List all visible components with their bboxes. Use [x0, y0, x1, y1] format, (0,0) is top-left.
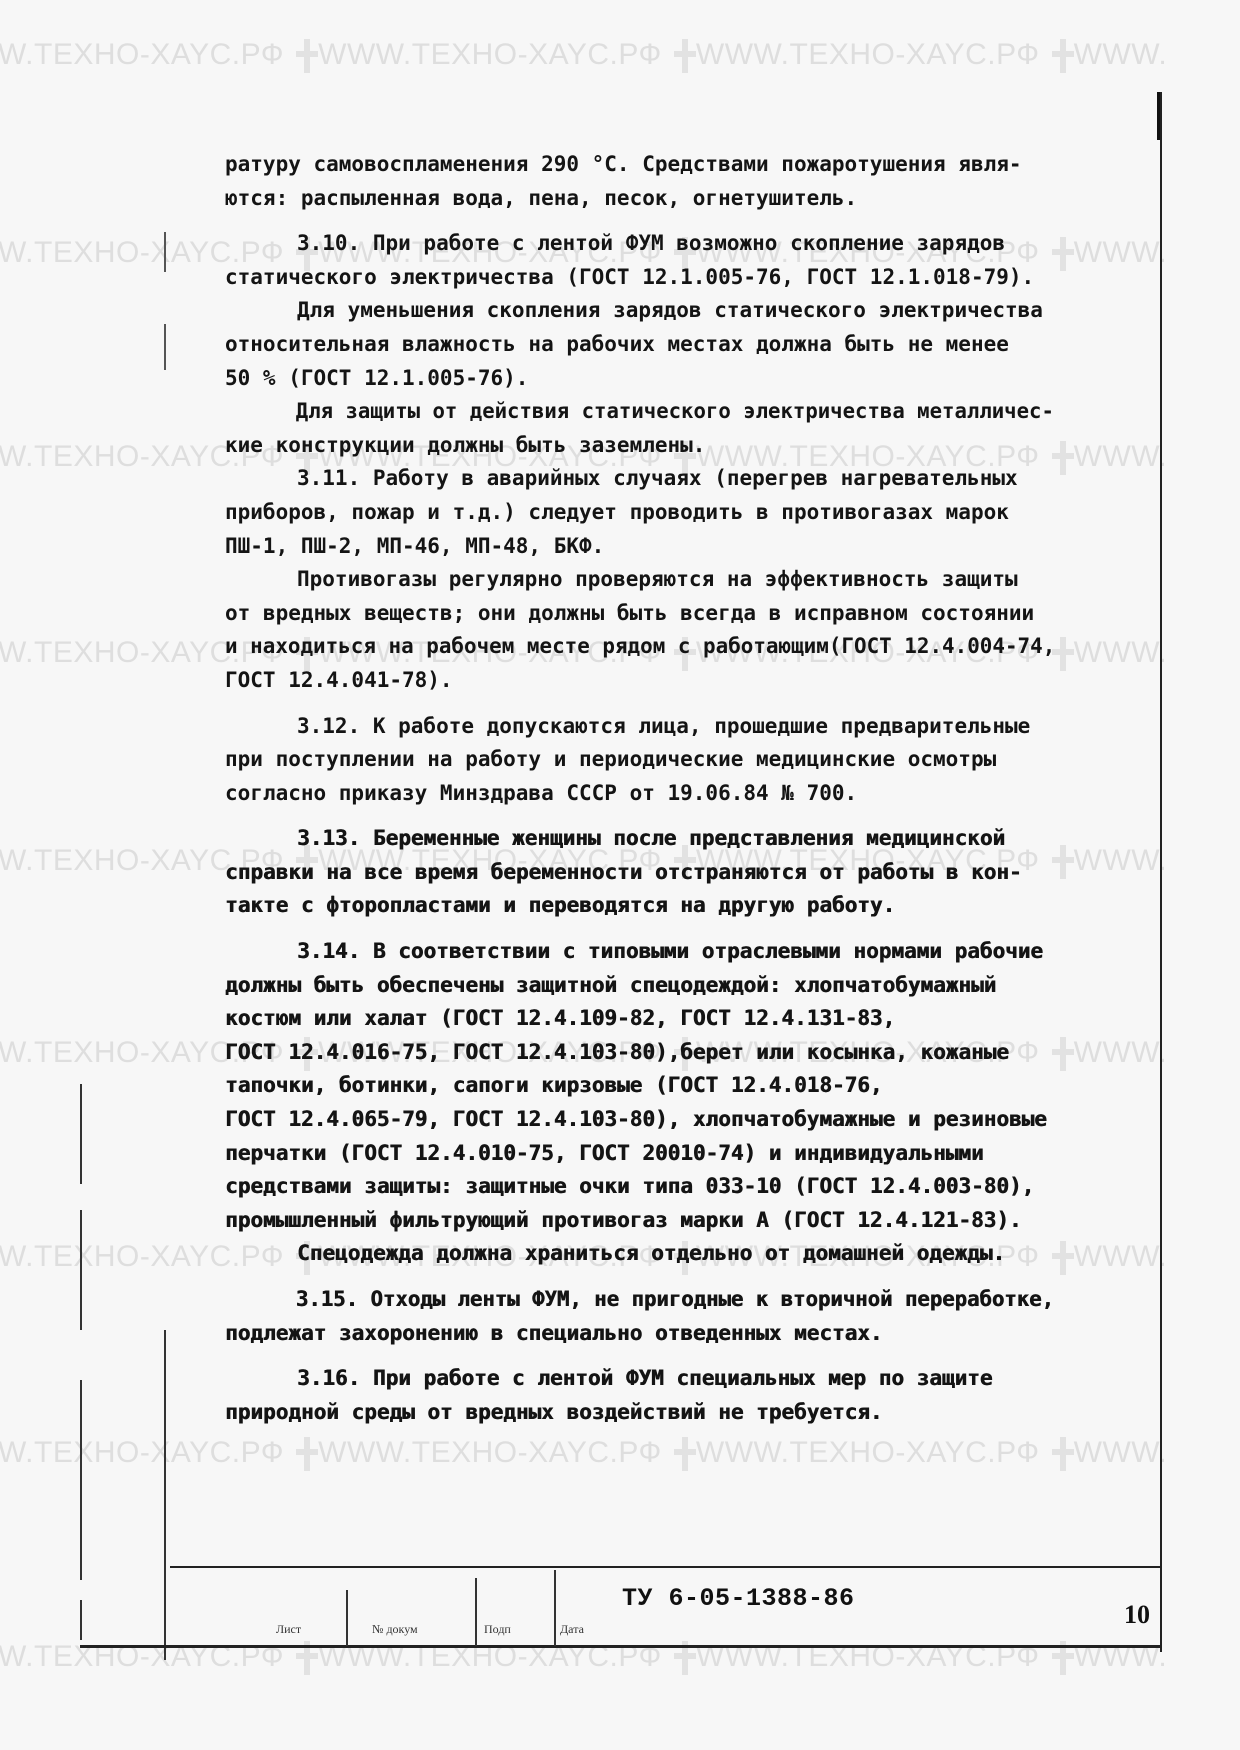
binding-margin-line — [80, 1084, 82, 1184]
title-block-bottom-border — [80, 1645, 1162, 1648]
watermark-text: WWW. — [1074, 844, 1168, 877]
text-line: ратуру самовоспламенения 290 °С. Средств… — [225, 148, 1055, 182]
text-line: такте с фторопластами и переводятся на д… — [225, 889, 1055, 923]
watermark-text: WWW. — [1074, 1036, 1168, 1069]
margin-mark — [164, 324, 166, 370]
text-line: перчатки (ГОСТ 12.4.010-75, ГОСТ 20010-7… — [225, 1137, 1055, 1171]
watermark-text: WWW.TEXHO-XAYC.РФ — [696, 38, 1040, 71]
title-block-label-date: Дата — [560, 1622, 584, 1637]
paragraph-3-16: 3.16. При работе с лентой ФУМ специальны… — [225, 1362, 1055, 1396]
watermark-text: WWW. — [1074, 236, 1168, 269]
paragraph-3-12: 3.12. К работе допускаются лица, прошедш… — [225, 710, 1055, 744]
paragraph-3-11: 3.11. Работу в аварийных случаях (перегр… — [225, 462, 1055, 496]
watermark-cross-icon — [674, 39, 696, 73]
title-block-divider — [346, 1590, 348, 1646]
title-block-label-signature: Подп — [484, 1622, 511, 1637]
watermark-text: WWW. — [1074, 1436, 1168, 1469]
page-frame-left — [164, 1330, 166, 1660]
document-code: ТУ 6-05-1388-86 — [622, 1584, 855, 1613]
text-line: статического электричества (ГОСТ 12.1.00… — [225, 261, 1055, 295]
text-line: ются: распыленная вода, пена, песок, огн… — [225, 182, 1055, 216]
title-block-label-sheet: Лист — [276, 1622, 301, 1637]
watermark-text: WWW.TEXHO-XAYC.РФ — [318, 1436, 662, 1469]
text-line: ГОСТ 12.4.016-75, ГОСТ 12.4.103-80),бере… — [225, 1036, 1055, 1070]
watermark-text: WWW. — [1074, 440, 1168, 473]
text-line: приборов, пожар и т.д.) следует проводит… — [225, 496, 1055, 530]
margin-mark — [164, 232, 166, 272]
watermark-text: WWW. — [1074, 636, 1168, 669]
text-line: при поступлении на работу и периодически… — [225, 743, 1055, 777]
text-line: кие конструкции должны быть заземлены. — [225, 429, 1055, 463]
text-line: тапочки, ботинки, сапоги кирзовые (ГОСТ … — [225, 1069, 1055, 1103]
text-line: справки на все время беременности отстра… — [225, 856, 1055, 890]
binding-margin-line — [80, 1380, 82, 1580]
title-block-label-doc-no: № докум — [372, 1622, 418, 1637]
watermark-text: WWW.TEXHO-XAYC.РФ — [318, 38, 662, 71]
watermark-row: W.TEXHO-XAYC.РФWWW.TEXHO-XAYC.РФWWW.TEXH… — [0, 38, 1238, 73]
watermark-cross-icon — [296, 1437, 318, 1471]
text-line: согласно приказу Минздрава СССР от 19.06… — [225, 777, 1055, 811]
page-frame-right-mark — [1157, 92, 1160, 140]
text-line: ПШ-1, ПШ-2, МП-46, МП-48, БКФ. — [225, 530, 1055, 564]
paragraph-3-15: 3.15. Отходы ленты ФУМ, не пригодные к в… — [225, 1283, 1041, 1317]
document-body: ратуру самовоспламенения 290 °С. Средств… — [225, 148, 1055, 1429]
page-number: 10 — [1124, 1600, 1150, 1630]
binding-margin-line — [80, 1600, 82, 1640]
watermark-text: WWW. — [1074, 38, 1168, 71]
watermark-cross-icon — [1052, 39, 1074, 73]
text-line: ГОСТ 12.4.065-79, ГОСТ 12.4.103-80), хло… — [225, 1103, 1055, 1137]
page-frame-right — [1160, 92, 1162, 1652]
title-block-top-border — [170, 1566, 1160, 1568]
text-line: Противогазы регулярно проверяются на эфф… — [225, 563, 1055, 597]
paragraph-3-14: 3.14. В соответствии с типовыми отраслев… — [225, 935, 1055, 969]
text-line: Спецодежда должна храниться отдельно от … — [225, 1237, 1055, 1271]
watermark-cross-icon — [674, 1437, 696, 1471]
text-line: средствами защиты: защитные очки типа 03… — [225, 1170, 1055, 1204]
text-line: промышленный фильтрующий противогаз марк… — [225, 1204, 1055, 1238]
text-line: костюм или халат (ГОСТ 12.4.109-82, ГОСТ… — [225, 1002, 1055, 1036]
text-line: должны быть обеспечены защитной спецодеж… — [225, 969, 1055, 1003]
watermark-text: WWW. — [1074, 1240, 1168, 1273]
text-line: природной среды от вредных воздействий н… — [225, 1396, 1055, 1430]
watermark-cross-icon — [1052, 1437, 1074, 1471]
binding-margin-line — [80, 1210, 82, 1330]
text-line: 50 % (ГОСТ 12.1.005-76). — [225, 362, 1055, 396]
text-line: Для уменьшения скопления зарядов статиче… — [225, 294, 1055, 328]
text-line: и находиться на рабочем месте рядом с ра… — [225, 630, 1051, 664]
text-line: ГОСТ 12.4.041-78). — [225, 664, 1055, 698]
watermark-cross-icon — [296, 39, 318, 73]
paragraph-3-13: 3.13. Беременные женщины после представл… — [225, 822, 1055, 856]
text-line: относительная влажность на рабочих места… — [225, 328, 1055, 362]
watermark-text: WWW.TEXHO-XAYC.РФ — [696, 1436, 1040, 1469]
title-block-divider — [475, 1578, 477, 1646]
watermark-row: W.TEXHO-XAYC.РФWWW.TEXHO-XAYC.РФWWW.TEXH… — [0, 1436, 1238, 1471]
paragraph-3-10: 3.10. При работе с лентой ФУМ возможно с… — [225, 227, 1055, 261]
text-line: подлежат захоронению в специально отведе… — [225, 1317, 1055, 1351]
watermark-text: W.TEXHO-XAYC.РФ — [0, 1436, 284, 1469]
title-block-divider — [554, 1570, 556, 1646]
text-line: Для защиты от действия статического элек… — [225, 395, 1041, 429]
text-line: от вредных веществ; они должны быть всег… — [225, 597, 1055, 631]
watermark-text: W.TEXHO-XAYC.РФ — [0, 38, 284, 71]
